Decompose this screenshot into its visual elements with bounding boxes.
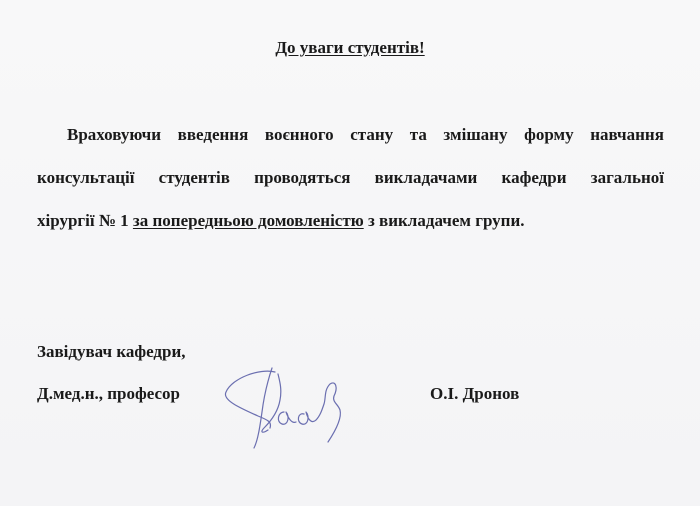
underlined-emphasis: за попередньою домовленістю (133, 211, 364, 230)
announcement-paragraph: Враховуючи введення воєнного стану та зм… (37, 113, 664, 242)
text-suffix: з викладачем групи. (364, 211, 525, 230)
word: Враховуючи (67, 113, 161, 156)
signatory-name: О.І. Дронов (430, 384, 519, 404)
position-title: Завідувач кафедри, (37, 342, 186, 362)
word: змішану (443, 113, 507, 156)
academic-degree: Д.мед.н., професор (37, 384, 180, 404)
word: кафедри (502, 156, 567, 199)
word: навчання (590, 113, 664, 156)
document-page: До уваги студентів! Враховуючи введення … (0, 0, 700, 506)
text-prefix: хірургії № 1 (37, 211, 133, 230)
word: введення (178, 113, 249, 156)
paragraph-line-3: хірургії № 1 за попередньою домовленістю… (37, 199, 664, 242)
word: стану (350, 113, 393, 156)
word: та (410, 113, 427, 156)
word: студентів (159, 156, 230, 199)
word: проводяться (254, 156, 350, 199)
word: викладачами (375, 156, 478, 199)
paragraph-line-1: Враховуючи введення воєнного стану та зм… (37, 113, 664, 156)
handwritten-signature-icon (220, 360, 365, 455)
word: консультації (37, 156, 134, 199)
word: загальної (591, 156, 664, 199)
word: воєнного (265, 113, 334, 156)
paragraph-line-2: консультації студентів проводяться викла… (37, 156, 664, 199)
document-title: До уваги студентів! (0, 38, 700, 58)
word: форму (524, 113, 574, 156)
